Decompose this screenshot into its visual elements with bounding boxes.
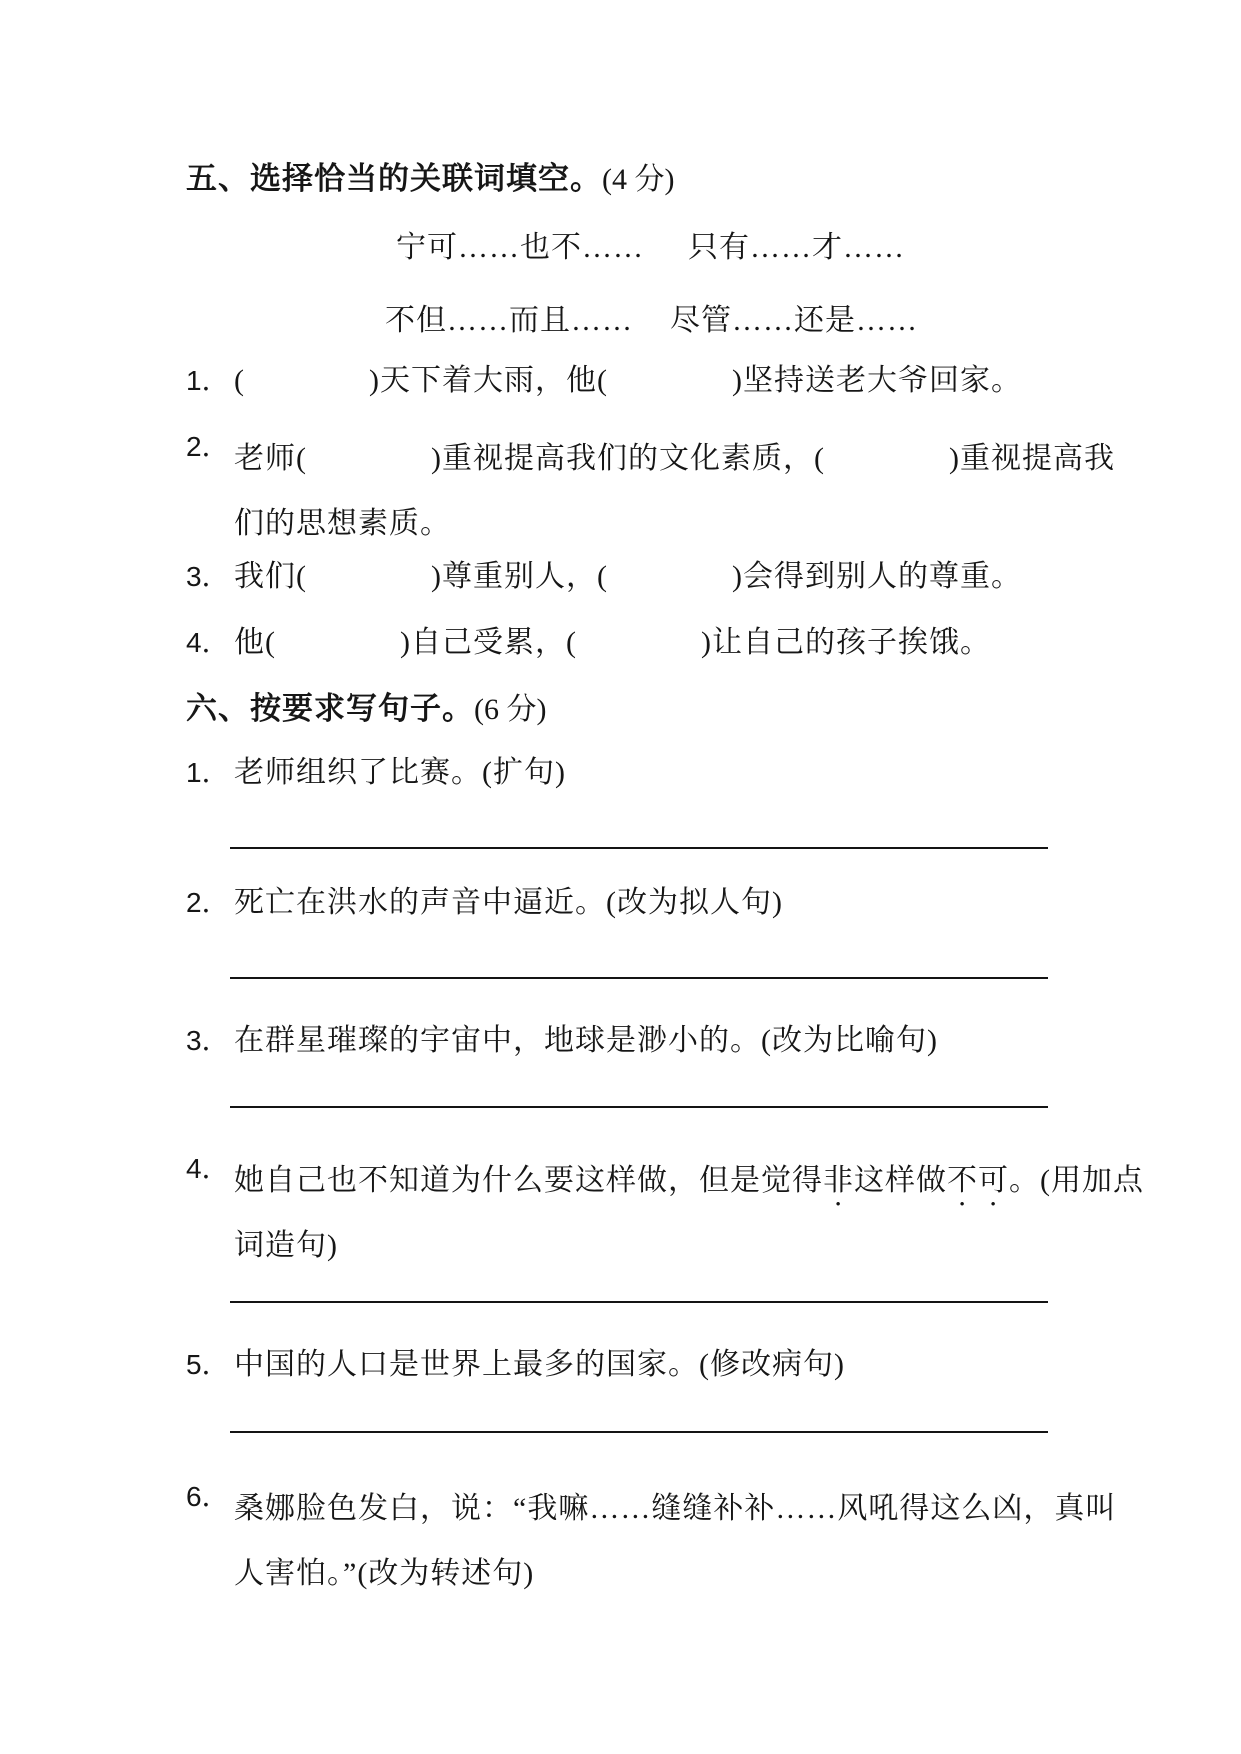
question-number: 6． [186,1476,234,1518]
section6-points: (6 分) [474,693,546,726]
question-text: 我们( )尊重别人，( )会得到别人的尊重。 [234,556,1022,598]
question-text: 老师组织了比赛。(扩句) [234,752,566,794]
question-s5-1: 1． ( )天下着大雨，他( )坚持送老大爷回家。 [186,360,1022,402]
question-s6-3: 3． 在群星璀璨的宇宙中，地球是渺小的。(改为比喻句) [186,1020,938,1062]
question-segment: 她自己也不知道为什么要这样做，但是觉得 [234,1164,823,1197]
question-number: 3． [186,556,234,598]
question-text: 老师( )重视提高我们的文化素质，( )重视提高我 们的思想素质。 [234,426,1115,556]
answer-line [230,1431,1048,1433]
section5-points: (4 分) [602,163,674,196]
question-text: 桑娜脸色发白，说：“我嘛……缝缝补补……风吼得这么凶，真叫 人害怕。”(改为转述… [234,1476,1116,1606]
question-text: 她自己也不知道为什么要这样做，但是觉得非这样做不可。(用加点 词造句) [234,1148,1144,1278]
question-number: 5． [186,1344,234,1386]
question-text: 在群星璀璨的宇宙中，地球是渺小的。(改为比喻句) [234,1020,938,1062]
word-bank-item: 宁可……也不…… [396,228,644,268]
worksheet-page: 五、选择恰当的关联词填空。(4 分) 宁可……也不…… 只有……才…… 不但……… [0,0,1241,1754]
section6-title: 六、按要求写句子。 [186,691,474,726]
question-line: 们的思想素质。 [234,491,1115,556]
question-s6-5: 5． 中国的人口是世界上最多的国家。(修改病句) [186,1344,845,1386]
answer-line [230,847,1048,849]
section6-heading: 六、按要求写句子。(6 分) [186,688,546,731]
question-s6-1: 1． 老师组织了比赛。(扩句) [186,752,566,794]
question-number: 1． [186,752,234,794]
question-segment: 。(用加点 [1009,1164,1144,1197]
word-bank-item: 尽管……还是…… [670,301,918,341]
question-number: 4． [186,622,234,664]
question-line: 人害怕。”(改为转述句) [234,1541,1116,1606]
question-line: 老师( )重视提高我们的文化素质，( )重视提高我 [234,426,1115,491]
section5-heading: 五、选择恰当的关联词填空。(4 分) [186,158,674,201]
question-s6-4: 4． 她自己也不知道为什么要这样做，但是觉得非这样做不可。(用加点 词造句) [186,1148,1144,1278]
question-line: 词造句) [234,1213,1144,1278]
question-number: 2． [186,882,234,924]
question-text: ( )天下着大雨，他( )坚持送老大爷回家。 [234,360,1022,402]
question-text: 他( )自己受累，( )让自己的孩子挨饿。 [234,622,991,664]
question-line: 她自己也不知道为什么要这样做，但是觉得非这样做不可。(用加点 [234,1148,1144,1213]
emphasized-word: 非 [823,1164,854,1197]
word-bank-item: 不但……而且…… [385,301,633,341]
emphasized-word: 不可 [947,1164,1009,1197]
question-segment: 这样做 [854,1164,947,1197]
section5-title: 五、选择恰当的关联词填空。 [186,161,602,196]
answer-line [230,1106,1048,1108]
answer-line [230,977,1048,979]
question-text: 中国的人口是世界上最多的国家。(修改病句) [234,1344,845,1386]
question-line: 桑娜脸色发白，说：“我嘛……缝缝补补……风吼得这么凶，真叫 [234,1476,1116,1541]
question-s6-6: 6． 桑娜脸色发白，说：“我嘛……缝缝补补……风吼得这么凶，真叫 人害怕。”(改… [186,1476,1116,1606]
question-number: 1． [186,360,234,402]
question-s5-3: 3． 我们( )尊重别人，( )会得到别人的尊重。 [186,556,1022,598]
answer-line [230,1301,1048,1303]
question-number: 2． [186,426,234,468]
question-s5-2: 2． 老师( )重视提高我们的文化素质，( )重视提高我 们的思想素质。 [186,426,1115,556]
question-s5-4: 4． 他( )自己受累，( )让自己的孩子挨饿。 [186,622,991,664]
question-number: 3． [186,1020,234,1062]
question-number: 4． [186,1148,234,1190]
question-text: 死亡在洪水的声音中逼近。(改为拟人句) [234,882,783,924]
question-s6-2: 2． 死亡在洪水的声音中逼近。(改为拟人句) [186,882,783,924]
word-bank-item: 只有……才…… [688,228,905,268]
